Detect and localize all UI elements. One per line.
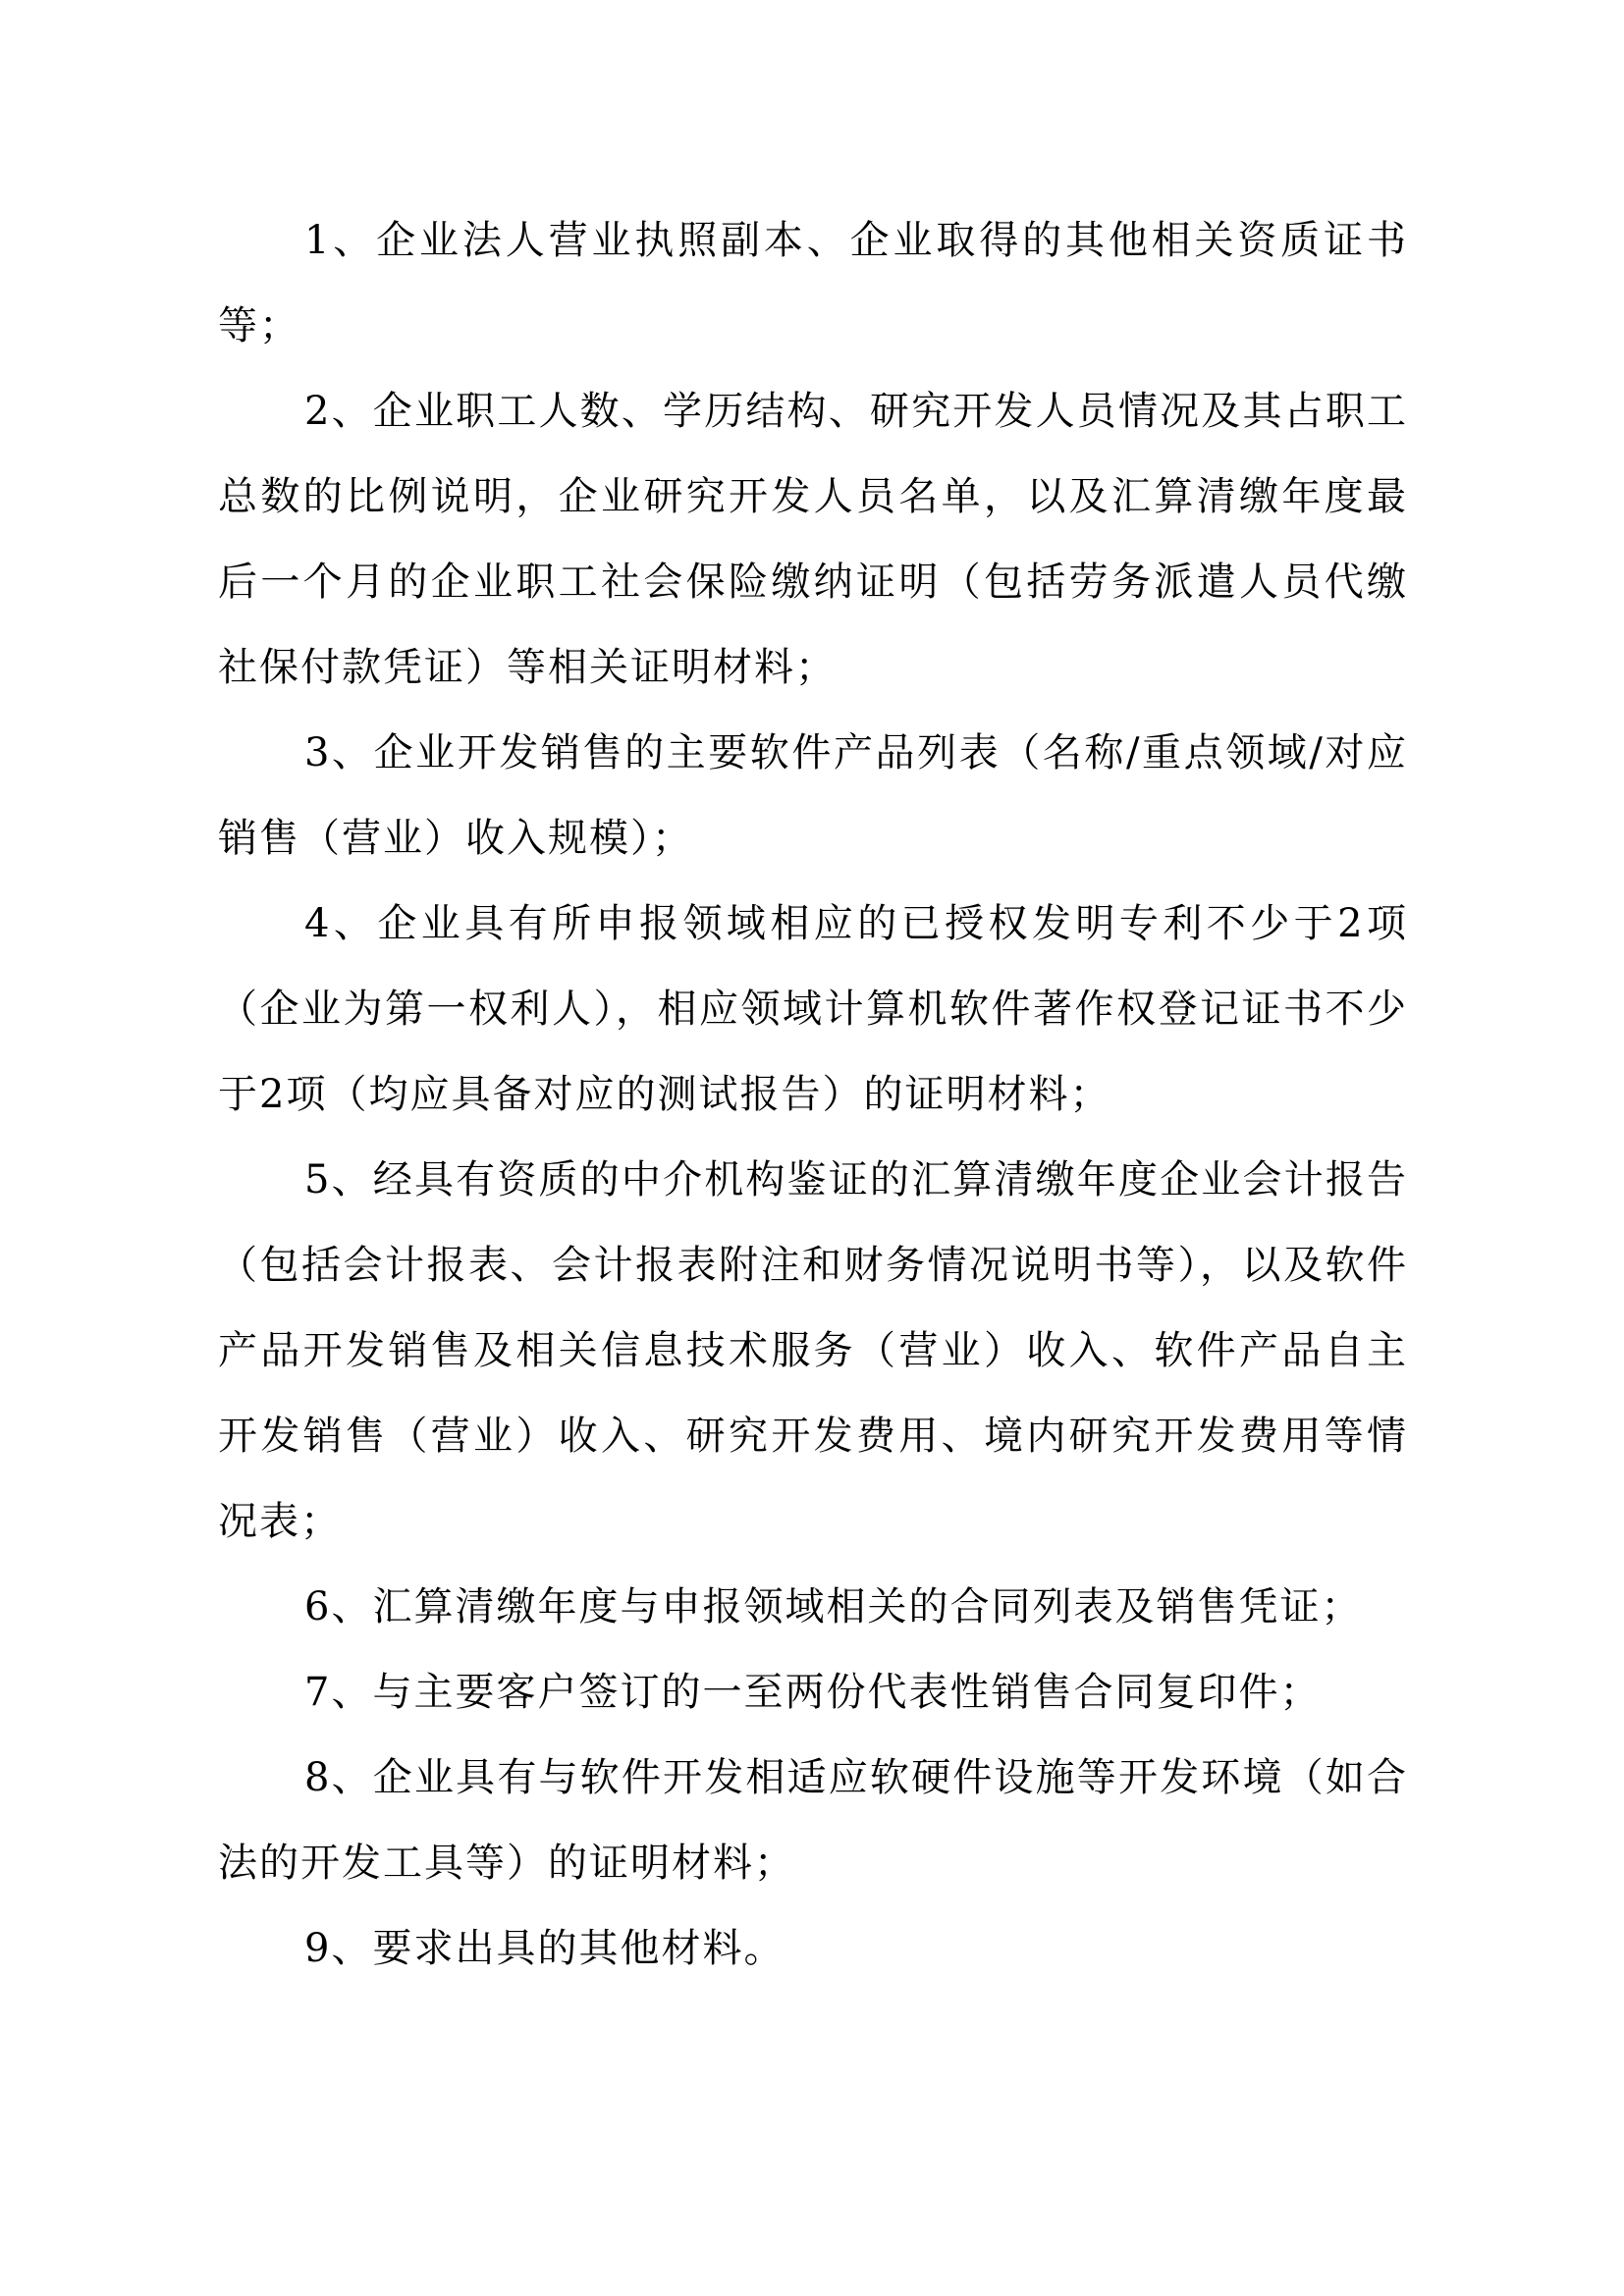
document-page: 1、企业法人营业执照副本、企业取得的其他相关资质证书等； 2、企业职工人数、学历… bbox=[218, 198, 1408, 1992]
list-item-2: 2、企业职工人数、学历结构、研究开发人员情况及其占职工总数的比例说明，企业研究开… bbox=[218, 369, 1408, 711]
list-item-8: 8、企业具有与软件开发相适应软硬件设施等开发环境（如合法的开发工具等）的证明材料… bbox=[218, 1735, 1408, 1906]
list-item-4: 4、企业具有所申报领域相应的已授权发明专利不少于2项（企业为第一权利人），相应领… bbox=[218, 881, 1408, 1138]
list-item-9: 9、要求出具的其他材料。 bbox=[218, 1906, 1408, 1992]
list-item-6: 6、汇算清缴年度与申报领域相关的合同列表及销售凭证； bbox=[218, 1565, 1408, 1650]
list-item-1: 1、企业法人营业执照副本、企业取得的其他相关资质证书等； bbox=[218, 198, 1408, 369]
list-item-3: 3、企业开发销售的主要软件产品列表（名称/重点领域/对应销售（营业）收入规模）； bbox=[218, 711, 1408, 881]
list-item-7: 7、与主要客户签订的一至两份代表性销售合同复印件； bbox=[218, 1650, 1408, 1735]
list-item-5: 5、经具有资质的中介机构鉴证的汇算清缴年度企业会计报告（包括会计报表、会计报表附… bbox=[218, 1138, 1408, 1565]
